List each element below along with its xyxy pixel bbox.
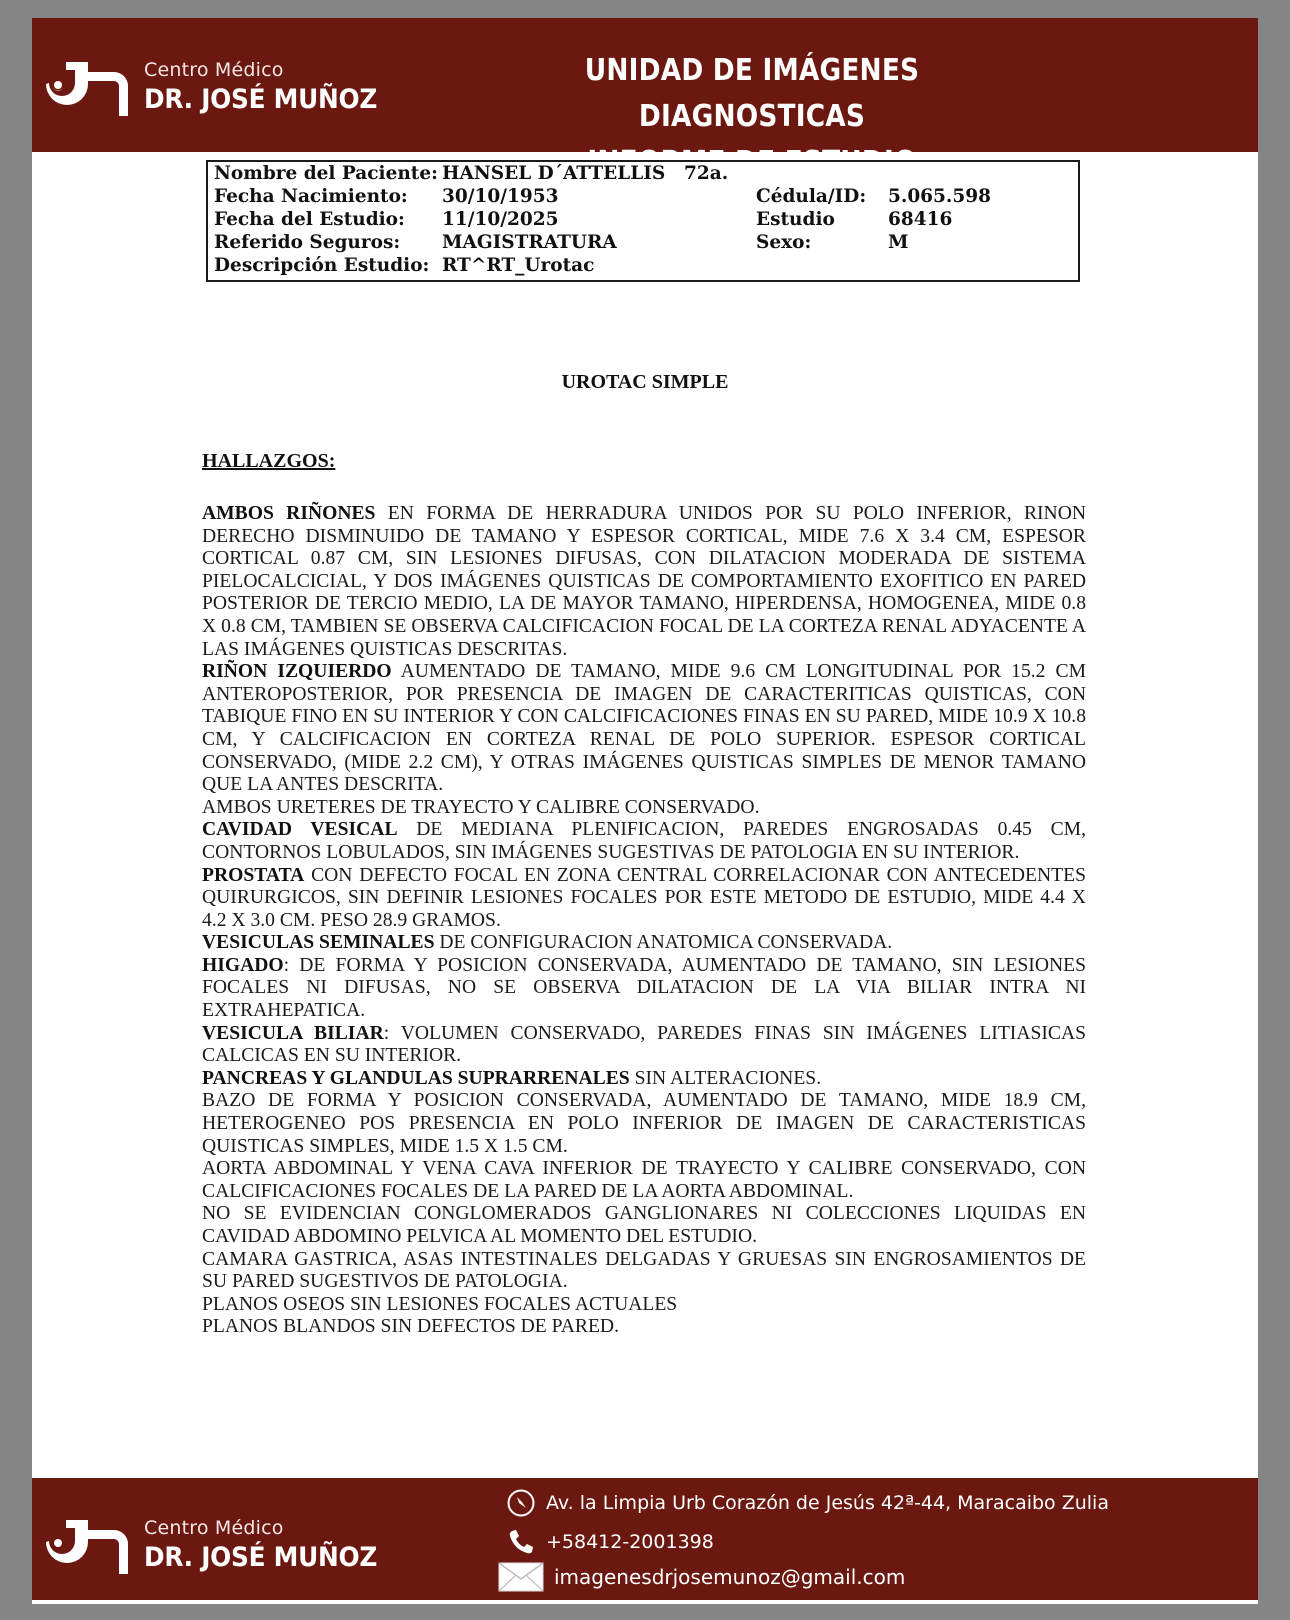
finding-text: NO SE EVIDENCIAN CONGLOMERADOS GANGLIONA… [202, 1203, 1086, 1247]
footer-phone: +58412-2001398 [506, 1528, 714, 1556]
sex-value: M [888, 231, 908, 254]
email-text[interactable]: imagenesdrjosemunoz@gmail.com [554, 1565, 905, 1589]
finding-text: : DE FORMA Y POSICION CONSERVADA, AUMENT… [202, 955, 1086, 1021]
finding-paragraph: CAMARA GASTRICA, ASAS INTESTINALES DELGA… [202, 1249, 1086, 1294]
envelope-icon [498, 1562, 544, 1592]
insurance-label: Referido Seguros: [214, 231, 400, 254]
finding-paragraph: PROSTATA CON DEFECTO FOCAL EN ZONA CENTR… [202, 865, 1086, 933]
finding-text: EN FORMA DE HERRADURA UNIDOS POR SU POLO… [202, 503, 1086, 660]
study-label: Estudio [756, 208, 835, 231]
dob-label: Fecha Nacimiento: [214, 185, 408, 208]
finding-paragraph: PLANOS BLANDOS SIN DEFECTOS DE PARED. [202, 1316, 1086, 1339]
finding-paragraph: NO SE EVIDENCIAN CONGLOMERADOS GANGLIONA… [202, 1203, 1086, 1248]
finding-paragraph: PANCREAS Y GLANDULAS SUPRARRENALES SIN A… [202, 1068, 1086, 1091]
clinic-subtitle: Centro Médico [144, 61, 397, 80]
patient-age: 72a. [684, 162, 728, 185]
clinic-logo: Centro Médico DR. JOSÉ MUÑOZ [44, 56, 397, 118]
finding-organ: CAVIDAD VESICAL [202, 819, 398, 840]
address-text: Av. la Limpia Urb Corazón de Jesús 42ª-4… [546, 1492, 1109, 1514]
id-label: Cédula/ID: [756, 185, 866, 208]
phone-icon [506, 1528, 536, 1556]
sex-label: Sexo: [756, 231, 811, 254]
finding-paragraph: HIGADO: DE FORMA Y POSICION CONSERVADA, … [202, 955, 1086, 1023]
compass-icon [506, 1488, 536, 1518]
finding-text: AORTA ABDOMINAL Y VENA CAVA INFERIOR DE … [202, 1158, 1086, 1202]
findings-heading: HALLAZGOS: [202, 450, 335, 473]
footer-band: Centro Médico DR. JOSÉ MUÑOZ Av. la Limp… [32, 1478, 1258, 1600]
finding-paragraph: VESICULAS SEMINALES DE CONFIGURACION ANA… [202, 932, 1086, 955]
finding-paragraph: AORTA ABDOMINAL Y VENA CAVA INFERIOR DE … [202, 1158, 1086, 1203]
header-title-line1: UNIDAD DE IMÁGENES DIAGNOSTICAS [470, 48, 1033, 140]
description-value: RT^RT_Urotac [442, 254, 594, 277]
study-value: 68416 [888, 208, 952, 231]
id-value: 5.065.598 [888, 185, 991, 208]
finding-text: SIN ALTERACIONES. [630, 1068, 821, 1089]
clinic-name-footer: DR. JOSÉ MUÑOZ [144, 1544, 377, 1571]
header-band: Centro Médico DR. JOSÉ MUÑOZ UNIDAD DE I… [32, 18, 1258, 152]
finding-text: AMBOS URETERES DE TRAYECTO Y CALIBRE CON… [202, 797, 759, 818]
finding-paragraph: CAVIDAD VESICAL DE MEDIANA PLENIFICACION… [202, 819, 1086, 864]
study-title: UROTAC SIMPLE [32, 371, 1258, 394]
study-date-value: 11/10/2025 [442, 208, 559, 231]
finding-organ: VESICULAS SEMINALES [202, 932, 434, 953]
clinic-name: DR. JOSÉ MUÑOZ [144, 86, 377, 113]
phone-text[interactable]: +58412-2001398 [546, 1531, 714, 1553]
clinic-subtitle-footer: Centro Médico [144, 1519, 397, 1538]
finding-paragraph: BAZO DE FORMA Y POSICION CONSERVADA, AUM… [202, 1090, 1086, 1158]
finding-organ: PROSTATA [202, 865, 304, 886]
dob-value: 30/10/1953 [442, 185, 559, 208]
patient-name-label: Nombre del Paciente: [214, 162, 438, 185]
report-page: Centro Médico DR. JOSÉ MUÑOZ UNIDAD DE I… [32, 18, 1258, 1604]
finding-organ: AMBOS RIÑONES [202, 503, 375, 524]
patient-info-box: Nombre del Paciente: HANSEL D´ATTELLIS 7… [206, 160, 1080, 282]
finding-text: PLANOS BLANDOS SIN DEFECTOS DE PARED. [202, 1316, 619, 1337]
insurance-value: MAGISTRATURA [442, 231, 617, 254]
finding-paragraph: PLANOS OSEOS SIN LESIONES FOCALES ACTUAL… [202, 1294, 1086, 1317]
finding-paragraph: VESICULA BILIAR: VOLUMEN CONSERVADO, PAR… [202, 1023, 1086, 1068]
finding-paragraph: AMBOS RIÑONES EN FORMA DE HERRADURA UNID… [202, 503, 1086, 661]
finding-paragraph: AMBOS URETERES DE TRAYECTO Y CALIBRE CON… [202, 797, 1086, 820]
clinic-logo-footer: Centro Médico DR. JOSÉ MUÑOZ [44, 1514, 397, 1576]
finding-organ: VESICULA BILIAR [202, 1023, 384, 1044]
study-date-label: Fecha del Estudio: [214, 208, 405, 231]
jm-logo-icon [44, 1514, 136, 1576]
finding-organ: RIÑON IZQUIERDO [202, 661, 392, 682]
footer-address: Av. la Limpia Urb Corazón de Jesús 42ª-4… [506, 1488, 1109, 1518]
finding-text: BAZO DE FORMA Y POSICION CONSERVADA, AUM… [202, 1090, 1086, 1156]
finding-text: PLANOS OSEOS SIN LESIONES FOCALES ACTUAL… [202, 1294, 677, 1315]
footer-email: imagenesdrjosemunoz@gmail.com [498, 1562, 905, 1592]
finding-text: DE CONFIGURACION ANATOMICA CONSERVADA. [434, 932, 892, 953]
finding-paragraph: RIÑON IZQUIERDO AUMENTADO DE TAMANO, MID… [202, 661, 1086, 797]
finding-organ: HIGADO [202, 955, 284, 976]
finding-text: CON DEFECTO FOCAL EN ZONA CENTRAL CORREL… [202, 865, 1086, 931]
patient-name-value: HANSEL D´ATTELLIS [442, 162, 665, 185]
finding-organ: PANCREAS Y GLANDULAS SUPRARRENALES [202, 1068, 630, 1089]
jm-logo-icon [44, 56, 136, 118]
findings-list: AMBOS RIÑONES EN FORMA DE HERRADURA UNID… [202, 503, 1086, 1339]
description-label: Descripción Estudio: [214, 254, 429, 277]
finding-text: CAMARA GASTRICA, ASAS INTESTINALES DELGA… [202, 1249, 1086, 1293]
